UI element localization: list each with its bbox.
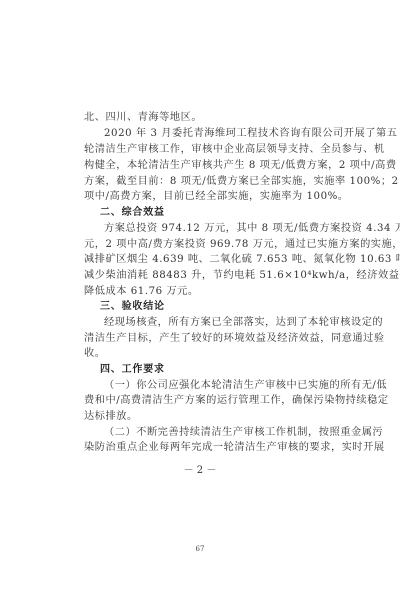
page-number: － 2 － <box>0 461 400 476</box>
body-line: 清洁生产目标，产生了较好的环境效益及经济效益，同意通过验 <box>84 332 320 346</box>
paragraph-first-line: （一）你公司应强化本轮清洁生产审核中已实施的所有无/低 <box>104 379 320 393</box>
section-heading-requirements: 四、工作要求 <box>100 363 336 377</box>
body-line: 北、四川、青海等地区。 <box>84 111 320 125</box>
body-line: 构健全，本轮清洁生产审核共产生 8 项无/低费方案，2 项中/高费 <box>84 159 320 173</box>
body-line: 收。 <box>84 347 320 361</box>
body-line: 元，2 项中高/费方案投资 969.78 万元，通过已实施方案的实施， <box>84 238 320 252</box>
body-line: 达标排放。 <box>84 410 320 424</box>
paragraph-first-line: 方案总投资 974.12 万元，其中 8 项无/低费方案投资 4.34 万 <box>104 222 320 236</box>
body-line: 减排矿区烟尘 4.639 吨、二氧化硫 7.653 吨、氮氧化物 10.63 吨… <box>84 253 320 267</box>
footer-page-number: 67 <box>0 545 400 553</box>
section-heading-benefits: 二、综合效益 <box>100 206 336 220</box>
section-heading-conclusion: 三、验收结论 <box>100 300 336 314</box>
document-page: 北、四川、青海等地区。 2020 年 3 月委托青海维珂工程技术咨询有限公司开展… <box>0 0 400 600</box>
body-line: 降低成本 61.76 万元。 <box>84 285 320 299</box>
body-line: 费和中/高费清洁生产方案的运行管理工作，确保污染物持续稳定 <box>84 394 320 408</box>
body-line: 项中/高费方案，目前已经全部实施，实施率为 100%。 <box>84 190 320 204</box>
body-line: 减少柴油消耗 88483 升，节约电耗 51.6×10⁴kwh/a，经济效益： <box>84 269 320 283</box>
body-line: 轮清洁生产审核工作，审核中企业高层领导支持、全员参与、机 <box>84 143 320 157</box>
paragraph-first-line: （二）不断完善持续清洁生产审核工作机制，按照重金属污 <box>104 426 320 440</box>
body-line: 染防治重点企业每两年完成一轮清洁生产审核的要求，实时开展 <box>84 441 320 455</box>
body-line: 方案，截至目前：8 项无/低费方案已全部实施，实施率 100%；2 <box>84 175 320 189</box>
paragraph-first-line: 2020 年 3 月委托青海维珂工程技术咨询有限公司开展了第五 <box>104 127 320 141</box>
paragraph-first-line: 经现场核查，所有方案已全部落实，达到了本轮审核设定的 <box>104 316 320 330</box>
